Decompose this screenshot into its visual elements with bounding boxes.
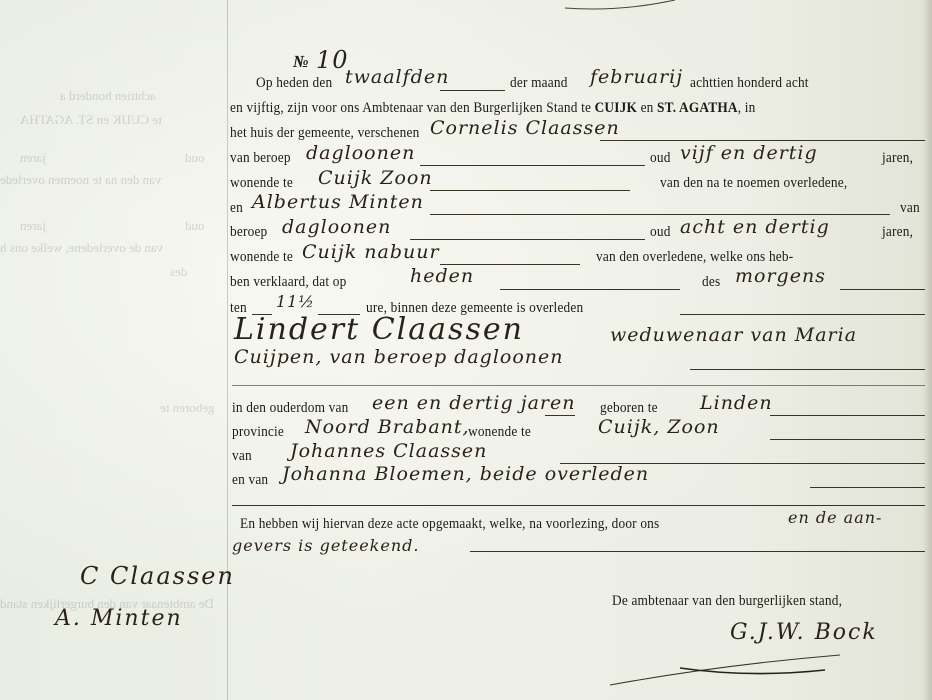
time-of-death: 11½ <box>276 292 315 311</box>
line2-and: en <box>641 100 654 116</box>
fill-line <box>770 415 925 416</box>
closing-handwritten-1: en de aan- <box>788 508 882 527</box>
fill-line <box>430 190 630 191</box>
line1-prefix: Op heden den <box>256 75 332 92</box>
line9-mid: des <box>702 274 720 291</box>
line3-prefix: het huis der gemeente, verschenen <box>230 125 419 142</box>
deceased-age: een en dertig jaren <box>372 392 575 414</box>
line7-prefix: beroep <box>230 224 267 241</box>
deceased-birthplace: Linden <box>700 392 773 414</box>
line14-prefix: provincie <box>232 424 284 441</box>
line6-prefix: en <box>230 200 243 217</box>
father-name: Johannes Claassen <box>290 440 487 462</box>
bleed-through-text: achttien honderd a <box>60 88 156 104</box>
line2-end: , in <box>738 100 756 116</box>
line8-suffix: van den overledene, welke ons heb- <box>596 249 793 266</box>
day-of-record: twaalfden <box>345 66 449 88</box>
deceased-spouse-profession: Cuijpen, van beroep dagloonen <box>234 346 564 368</box>
fill-line <box>545 415 575 416</box>
line4-mid: oud <box>650 150 671 167</box>
bleed-through-text: jaren <box>20 218 46 234</box>
line4-suffix: jaren, <box>882 150 913 167</box>
witness-signature-claassen: C Claassen <box>80 562 235 590</box>
signature-flourish <box>600 640 850 700</box>
fill-line <box>840 289 925 290</box>
fill-line <box>430 214 890 215</box>
bleed-through-text: van den na te noemen overlede <box>0 172 161 188</box>
declarant2-name: Albertus Minten <box>252 191 424 213</box>
closing-handwritten-2: gevers is geteekend. <box>232 536 419 555</box>
bleed-through-text: des <box>170 264 187 280</box>
witness-signature-minten: A. Minten <box>55 606 183 631</box>
declarant1-profession: dagloonen <box>306 142 415 164</box>
fill-line <box>770 439 925 440</box>
line13-mid: geboren te <box>600 400 658 417</box>
fill-line <box>420 165 645 166</box>
line15-prefix: van <box>232 448 252 465</box>
deceased-residence: Cuijk, Zoon <box>598 416 720 438</box>
deceased-name: Lindert Claassen <box>234 312 524 347</box>
day-of-death: heden <box>410 265 474 287</box>
line7-suffix: jaren, <box>882 224 913 241</box>
line1-suffix: achttien honderd acht <box>690 75 809 92</box>
deceased-province: Noord Brabant, <box>305 416 470 438</box>
declarant1-name: Cornelis Claassen <box>430 117 620 139</box>
line2-text: en vijftig, zijn voor ons Ambtenaar van … <box>230 100 756 117</box>
fill-line <box>690 369 925 370</box>
bleed-through-text: jaren <box>20 150 46 166</box>
line9-prefix: ben verklaard, dat op <box>230 274 346 291</box>
bleed-through-text: oud <box>185 218 205 234</box>
bleed-through-text: te CUIJK en ST. AGATHA <box>20 112 162 128</box>
record-number-label: № <box>293 52 309 72</box>
declarant2-age: acht en dertig <box>680 216 830 238</box>
line14-mid: wonende te <box>468 424 531 441</box>
declarant1-residence: Cuijk Zoon <box>318 167 433 189</box>
municipality-st-agatha: ST. AGATHA <box>657 100 738 116</box>
deceased-marital-status: weduwenaar van Maria <box>610 324 857 346</box>
fill-line <box>410 239 645 240</box>
month-of-record: februarij <box>590 66 683 88</box>
closing-printed-text: En hebben wij hiervan deze acte opgemaak… <box>240 516 659 533</box>
official-label: De ambtenaar van den burgerlijken stand, <box>612 593 842 610</box>
line7-mid: oud <box>650 224 671 241</box>
line6-suffix: van <box>900 200 920 217</box>
fill-line <box>232 385 925 386</box>
line1-mid: der maand <box>510 75 568 92</box>
page-fold-line <box>227 0 228 700</box>
declarant2-residence: Cuijk nabuur <box>302 241 440 263</box>
line8-prefix: wonende te <box>230 249 293 266</box>
bleed-through-text: geboren te <box>160 400 215 416</box>
fill-line <box>680 314 925 315</box>
line16-prefix: en van <box>232 472 268 489</box>
page-edge-shadow <box>922 0 932 700</box>
daypart-of-death: morgens <box>735 265 826 287</box>
declarant1-age: vijf en dertig <box>680 142 818 164</box>
fill-line <box>470 551 925 552</box>
fill-line <box>600 140 925 141</box>
line5-suffix: van den na te noemen overledene, <box>660 175 847 192</box>
mother-name: Johanna Bloemen, beide overleden <box>282 463 649 485</box>
line5-prefix: wonende te <box>230 175 293 192</box>
record-number-value: 10 <box>316 46 349 74</box>
line2-body: en vijftig, zijn voor ons Ambtenaar van … <box>230 100 591 116</box>
fill-line <box>810 487 925 488</box>
declarant2-profession: dagloonen <box>282 216 391 238</box>
fill-line <box>500 289 680 290</box>
municipality-cuijk: CUIJK <box>595 100 637 116</box>
bleed-through-text: van de overledene, welke ons h <box>0 240 163 256</box>
section-divider <box>232 505 925 506</box>
line13-prefix: in den ouderdom van <box>232 400 348 417</box>
fill-line <box>440 90 505 91</box>
bleed-through-text: oud <box>185 150 205 166</box>
pen-flourish <box>560 0 680 14</box>
line4-prefix: van beroep <box>230 150 291 167</box>
